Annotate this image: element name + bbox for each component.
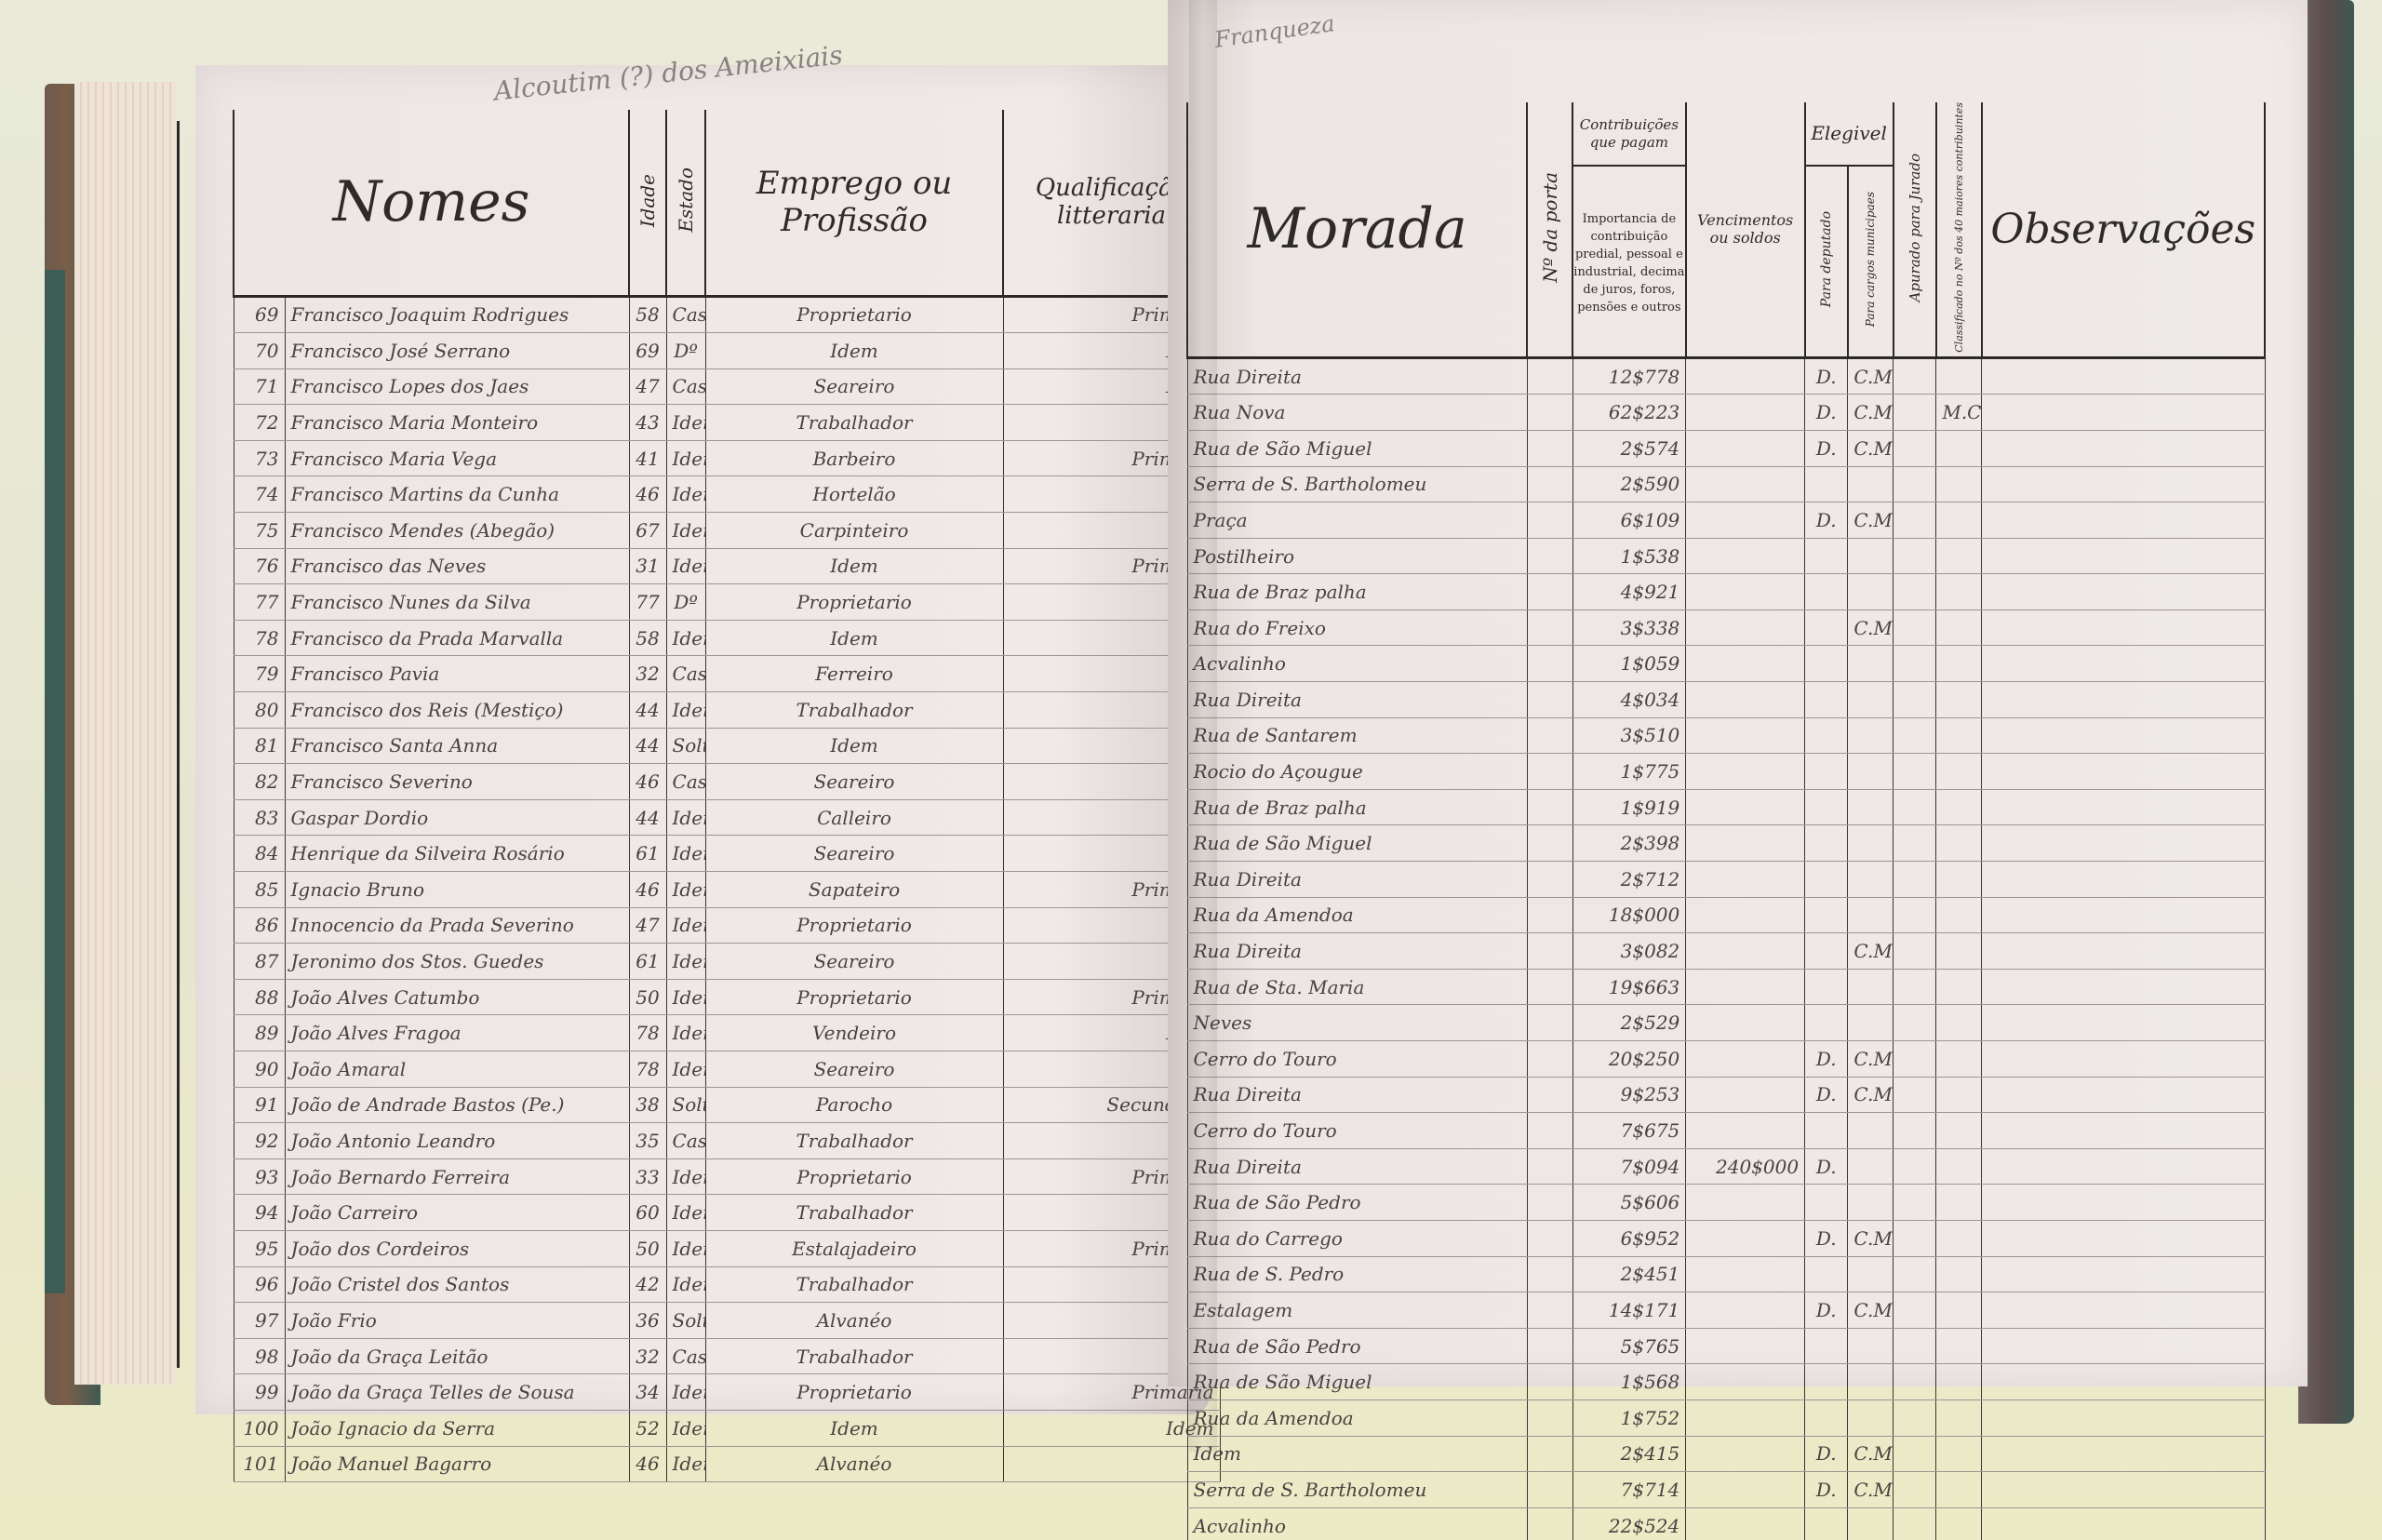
civil-status: Idem xyxy=(666,1374,705,1411)
eligible-municipal: C.M. xyxy=(1848,357,1894,395)
profession: Trabalhador xyxy=(705,1338,1003,1374)
civil-status: Casado xyxy=(666,656,705,692)
person-name: Francisco dos Reis (Mestiço) xyxy=(285,692,629,729)
person-name: Francisco Nunes da Silva xyxy=(285,584,629,621)
profession: Trabalhador xyxy=(705,405,1003,441)
page-edges-left xyxy=(74,82,177,1385)
age: 35 xyxy=(629,1123,666,1159)
contribution-amount: 4$921 xyxy=(1572,574,1686,610)
eligible-municipal: C.M. xyxy=(1848,395,1894,431)
observations xyxy=(1982,1256,2265,1292)
address: Rua de São Pedro xyxy=(1187,1328,1527,1364)
top-contributor xyxy=(1936,1113,1982,1149)
civil-status: Idem xyxy=(666,513,705,549)
address: Rua da Amendoa xyxy=(1187,897,1527,933)
juror xyxy=(1894,789,1936,825)
profession: Trabalhador xyxy=(705,1195,1003,1231)
door-number xyxy=(1527,897,1572,933)
address: Rua Direita xyxy=(1187,1148,1527,1185)
entry-number: 90 xyxy=(234,1051,285,1087)
eligible-deputy xyxy=(1805,538,1848,574)
top-contributor xyxy=(1936,717,1982,754)
register-row-right: Idem2$415D.C.M. xyxy=(1187,1436,2265,1472)
juror xyxy=(1894,1113,1936,1149)
age: 67 xyxy=(629,513,666,549)
salary xyxy=(1686,1399,1805,1436)
profession: Trabalhador xyxy=(705,1266,1003,1303)
juror xyxy=(1894,574,1936,610)
eligible-municipal xyxy=(1848,1507,1894,1540)
entry-number: 71 xyxy=(234,368,285,405)
juror xyxy=(1894,1328,1936,1364)
salary xyxy=(1686,1220,1805,1256)
person-name: João da Graça Telles de Sousa xyxy=(285,1374,629,1411)
contribution-amount: 22$524 xyxy=(1572,1507,1686,1540)
door-number xyxy=(1527,430,1572,466)
profession: Alvanéo xyxy=(705,1303,1003,1339)
register-row-right: Rua Direita2$712 xyxy=(1187,862,2265,898)
address: Serra de S. Bartholomeu xyxy=(1187,1472,1527,1508)
register-row-right: Rua de São Pedro5$606 xyxy=(1187,1185,2265,1221)
profession: Proprietario xyxy=(705,296,1003,333)
address: Rua do Freixo xyxy=(1187,609,1527,646)
contribution-amount: 2$398 xyxy=(1572,825,1686,862)
address: Rua da Amendoa xyxy=(1187,1399,1527,1436)
age: 52 xyxy=(629,1410,666,1446)
eligible-deputy xyxy=(1805,825,1848,862)
entry-number: 78 xyxy=(234,620,285,656)
civil-status: Idem xyxy=(666,1230,705,1266)
register-row-right: Rua de S. Pedro2$451 xyxy=(1187,1256,2265,1292)
eligible-deputy xyxy=(1805,969,1848,1005)
eligible-municipal xyxy=(1848,646,1894,682)
header-nomes: Nomes xyxy=(234,110,629,296)
door-number xyxy=(1527,1185,1572,1221)
register-row-right: Rua de São Miguel1$568 xyxy=(1187,1364,2265,1400)
register-row-right: Rua Direita3$082C.M. xyxy=(1187,933,2265,970)
observations xyxy=(1982,646,2265,682)
observations xyxy=(1982,502,2265,539)
juror xyxy=(1894,1220,1936,1256)
eligible-deputy xyxy=(1805,1005,1848,1041)
eligible-deputy: D. xyxy=(1805,430,1848,466)
right-page-note: Franqueza xyxy=(1213,10,1337,53)
address: Rua de Sta. Maria xyxy=(1187,969,1527,1005)
eligible-municipal xyxy=(1848,682,1894,718)
header-porta: Nº da porta xyxy=(1527,102,1572,357)
contribution-amount: 7$714 xyxy=(1572,1472,1686,1508)
observations xyxy=(1982,1399,2265,1436)
door-number xyxy=(1527,357,1572,395)
register-row-left: 96João Cristel dos Santos42IdemTrabalhad… xyxy=(234,1266,1220,1303)
entry-number: 81 xyxy=(234,728,285,764)
observations xyxy=(1982,357,2265,395)
door-number xyxy=(1527,646,1572,682)
juror xyxy=(1894,646,1936,682)
eligible-municipal: C.M. xyxy=(1848,609,1894,646)
contribution-amount: 1$538 xyxy=(1572,538,1686,574)
civil-status: Idem xyxy=(666,692,705,729)
entry-number: 82 xyxy=(234,764,285,800)
eligible-deputy xyxy=(1805,1399,1848,1436)
contribution-amount: 3$510 xyxy=(1572,717,1686,754)
eligible-municipal xyxy=(1848,1399,1894,1436)
register-row-left: 78Francisco da Prada Marvalla58IdemIdem xyxy=(234,620,1220,656)
juror xyxy=(1894,682,1936,718)
left-page-note: Alcoutim (?) dos Ameixiais xyxy=(492,39,844,106)
profession: Trabalhador xyxy=(705,1123,1003,1159)
eligible-deputy xyxy=(1805,1185,1848,1221)
profession: Seareiro xyxy=(705,764,1003,800)
juror xyxy=(1894,1148,1936,1185)
juror xyxy=(1894,717,1936,754)
observations xyxy=(1982,1041,2265,1078)
profession: Proprietario xyxy=(705,1158,1003,1195)
profession: Ferreiro xyxy=(705,656,1003,692)
top-contributor xyxy=(1936,430,1982,466)
top-contributor xyxy=(1936,754,1982,790)
civil-status: Casado xyxy=(666,368,705,405)
register-row-right: Rua de São Pedro5$765 xyxy=(1187,1328,2265,1364)
top-contributor xyxy=(1936,574,1982,610)
profession: Idem xyxy=(705,548,1003,584)
person-name: Francisco da Prada Marvalla xyxy=(285,620,629,656)
profession: Seareiro xyxy=(705,944,1003,980)
register-row-right: Rua de Santarem3$510 xyxy=(1187,717,2265,754)
entry-number: 95 xyxy=(234,1230,285,1266)
person-name: João Antonio Leandro xyxy=(285,1123,629,1159)
salary xyxy=(1686,1077,1805,1113)
address: Rua de São Miguel xyxy=(1187,825,1527,862)
age: 44 xyxy=(629,692,666,729)
age: 32 xyxy=(629,1338,666,1374)
contribution-amount: 9$253 xyxy=(1572,1077,1686,1113)
address: Rocio do Açougue xyxy=(1187,754,1527,790)
salary xyxy=(1686,1256,1805,1292)
juror xyxy=(1894,1436,1936,1472)
eligible-municipal xyxy=(1848,1005,1894,1041)
salary: 240$000 xyxy=(1686,1148,1805,1185)
eligible-deputy xyxy=(1805,1256,1848,1292)
eligible-municipal: C.M. xyxy=(1848,1436,1894,1472)
register-row-left: 79Francisco Pavia32CasadoFerreiro xyxy=(234,656,1220,692)
top-contributor xyxy=(1936,1436,1982,1472)
book-gutter xyxy=(1189,0,1217,1452)
eligible-municipal xyxy=(1848,897,1894,933)
entry-number: 77 xyxy=(234,584,285,621)
address: Rua Direita xyxy=(1187,862,1527,898)
register-row-left: 81Francisco Santa Anna44SolteiroIdem xyxy=(234,728,1220,764)
header-apurado-jurado: Apurado para Jurado xyxy=(1894,102,1936,357)
juror xyxy=(1894,1507,1936,1540)
age: 61 xyxy=(629,944,666,980)
door-number xyxy=(1527,1077,1572,1113)
entry-number: 99 xyxy=(234,1374,285,1411)
register-row-left: 99João da Graça Telles de Sousa34IdemPro… xyxy=(234,1374,1220,1411)
person-name: João Ignacio da Serra xyxy=(285,1410,629,1446)
observations xyxy=(1982,825,2265,862)
address: Cerro do Touro xyxy=(1187,1113,1527,1149)
door-number xyxy=(1527,682,1572,718)
contribution-amount: 1$919 xyxy=(1572,789,1686,825)
address: Rua de São Pedro xyxy=(1187,1185,1527,1221)
juror xyxy=(1894,969,1936,1005)
register-row-left: 85Ignacio Bruno46IdemSapateiroPrimaria xyxy=(234,872,1220,908)
salary xyxy=(1686,969,1805,1005)
contribution-amount: 6$952 xyxy=(1572,1220,1686,1256)
age: 38 xyxy=(629,1087,666,1123)
register-row-right: Cerro do Touro7$675 xyxy=(1187,1113,2265,1149)
right-page: Franqueza 11 Morada Nº da porta Contribu… xyxy=(1168,0,2308,1386)
eligible-deputy xyxy=(1805,862,1848,898)
juror xyxy=(1894,609,1936,646)
door-number xyxy=(1527,1507,1572,1540)
salary xyxy=(1686,1328,1805,1364)
top-contributor xyxy=(1936,933,1982,970)
salary xyxy=(1686,682,1805,718)
entry-number: 88 xyxy=(234,979,285,1015)
register-row-right: Estalagem14$171D.C.M. xyxy=(1187,1292,2265,1329)
entry-number: 73 xyxy=(234,440,285,476)
entry-number: 91 xyxy=(234,1087,285,1123)
entry-number: 89 xyxy=(234,1015,285,1051)
person-name: Ignacio Bruno xyxy=(285,872,629,908)
contribution-amount: 3$338 xyxy=(1572,609,1686,646)
address: Rua do Carrego xyxy=(1187,1220,1527,1256)
person-name: Gaspar Dordio xyxy=(285,799,629,836)
eligible-deputy xyxy=(1805,574,1848,610)
age: 43 xyxy=(629,405,666,441)
register-row-left: 100João Ignacio da Serra52IdemIdemIdem xyxy=(234,1410,1220,1446)
register-row-left: 88João Alves Catumbo50IdemProprietarioPr… xyxy=(234,979,1220,1015)
civil-status: Idem xyxy=(666,1158,705,1195)
contribution-amount: 2$451 xyxy=(1572,1256,1686,1292)
juror xyxy=(1894,1472,1936,1508)
observations xyxy=(1982,538,2265,574)
door-number xyxy=(1527,502,1572,539)
top-contributor xyxy=(1936,538,1982,574)
header-contribuicoes: Contribuições que pagam xyxy=(1572,102,1686,166)
salary xyxy=(1686,1436,1805,1472)
register-row-left: 101João Manuel Bagarro46IdemAlvanéo xyxy=(234,1446,1220,1482)
observations xyxy=(1982,1113,2265,1149)
contribution-amount: 1$775 xyxy=(1572,754,1686,790)
age: 31 xyxy=(629,548,666,584)
left-outer-rule xyxy=(177,121,189,1368)
eligible-municipal xyxy=(1848,789,1894,825)
salary xyxy=(1686,897,1805,933)
eligible-deputy: D. xyxy=(1805,1220,1848,1256)
entry-number: 100 xyxy=(234,1410,285,1446)
address: Rua de São Miguel xyxy=(1187,430,1527,466)
age: 46 xyxy=(629,872,666,908)
civil-status: Dº xyxy=(666,584,705,621)
register-row-right: Cerro do Touro20$250D.C.M. xyxy=(1187,1041,2265,1078)
civil-status: Solteiro xyxy=(666,728,705,764)
entry-number: 86 xyxy=(234,907,285,944)
contribution-amount: 7$094 xyxy=(1572,1148,1686,1185)
civil-status: Idem xyxy=(666,405,705,441)
eligible-deputy: D. xyxy=(1805,395,1848,431)
contribution-amount: 19$663 xyxy=(1572,969,1686,1005)
salary xyxy=(1686,789,1805,825)
salary xyxy=(1686,1292,1805,1329)
person-name: Francisco Maria Monteiro xyxy=(285,405,629,441)
person-name: Francisco Pavia xyxy=(285,656,629,692)
observations xyxy=(1982,682,2265,718)
age: 78 xyxy=(629,1051,666,1087)
profession: Alvanéo xyxy=(705,1446,1003,1482)
profession: Idem xyxy=(705,333,1003,369)
civil-status: Idem xyxy=(666,907,705,944)
top-contributor xyxy=(1936,1148,1982,1185)
profession: Idem xyxy=(705,620,1003,656)
header-estado: Estado xyxy=(666,110,705,296)
register-row-left: 74Francisco Martins da Cunha46IdemHortel… xyxy=(234,476,1220,513)
person-name: João Frio xyxy=(285,1303,629,1339)
door-number xyxy=(1527,969,1572,1005)
civil-status: Idem xyxy=(666,1446,705,1482)
address: Idem xyxy=(1187,1436,1527,1472)
register-row-left: 94João Carreiro60IdemTrabalhador xyxy=(234,1195,1220,1231)
header-contribuicoes-sub: Importancia de contribuição predial, pes… xyxy=(1572,166,1686,357)
address: Neves xyxy=(1187,1005,1527,1041)
top-contributor xyxy=(1936,1507,1982,1540)
juror xyxy=(1894,430,1936,466)
salary xyxy=(1686,646,1805,682)
age: 50 xyxy=(629,1230,666,1266)
register-row-right: Rua Direita9$253D.C.M. xyxy=(1187,1077,2265,1113)
eligible-deputy: D. xyxy=(1805,357,1848,395)
entry-number: 101 xyxy=(234,1446,285,1482)
eligible-deputy xyxy=(1805,1328,1848,1364)
eligible-deputy: D. xyxy=(1805,502,1848,539)
juror xyxy=(1894,502,1936,539)
register-row-left: 92João Antonio Leandro35CasadoTrabalhado… xyxy=(234,1123,1220,1159)
top-contributor xyxy=(1936,357,1982,395)
door-number xyxy=(1527,1005,1572,1041)
entry-number: 85 xyxy=(234,872,285,908)
register-row-right: Rua Nova62$223D.C.M.M.C. xyxy=(1187,395,2265,431)
header-para-deputado: Para deputado xyxy=(1805,166,1848,357)
entry-number: 70 xyxy=(234,333,285,369)
contribution-amount: 62$223 xyxy=(1572,395,1686,431)
eligible-municipal xyxy=(1848,1364,1894,1400)
contribution-amount: 2$590 xyxy=(1572,466,1686,502)
door-number xyxy=(1527,1399,1572,1436)
entry-number: 97 xyxy=(234,1303,285,1339)
register-row-right: Rua Direita7$094240$000D. xyxy=(1187,1148,2265,1185)
civil-status: Idem xyxy=(666,799,705,836)
contribution-amount: 2$574 xyxy=(1572,430,1686,466)
door-number xyxy=(1527,862,1572,898)
address: Rua Direita xyxy=(1187,933,1527,970)
register-row-right: Neves2$529 xyxy=(1187,1005,2265,1041)
salary xyxy=(1686,862,1805,898)
juror xyxy=(1894,1077,1936,1113)
contribution-amount: 18$000 xyxy=(1572,897,1686,933)
door-number xyxy=(1527,1328,1572,1364)
salary xyxy=(1686,538,1805,574)
eligible-deputy xyxy=(1805,646,1848,682)
civil-status: Idem xyxy=(666,979,705,1015)
top-contributor xyxy=(1936,897,1982,933)
juror xyxy=(1894,1292,1936,1329)
door-number xyxy=(1527,574,1572,610)
civil-status: Idem xyxy=(666,1266,705,1303)
observations xyxy=(1982,430,2265,466)
contribution-amount: 1$752 xyxy=(1572,1399,1686,1436)
eligible-deputy xyxy=(1805,897,1848,933)
age: 41 xyxy=(629,440,666,476)
juror xyxy=(1894,538,1936,574)
observations xyxy=(1982,897,2265,933)
eligible-municipal xyxy=(1848,825,1894,862)
header-para-cargos: Para cargos municipaes xyxy=(1848,166,1894,357)
top-contributor xyxy=(1936,1328,1982,1364)
salary xyxy=(1686,395,1805,431)
register-row-right: Rocio do Açougue1$775 xyxy=(1187,754,2265,790)
person-name: Francisco Martins da Cunha xyxy=(285,476,629,513)
salary xyxy=(1686,1472,1805,1508)
register-row-left: 87Jeronimo dos Stos. Guedes61IdemSeareir… xyxy=(234,944,1220,980)
top-contributor xyxy=(1936,502,1982,539)
register-row-left: 82Francisco Severino46CasadoSeareiro xyxy=(234,764,1220,800)
eligible-municipal xyxy=(1848,717,1894,754)
juror xyxy=(1894,1364,1936,1400)
register-row-left: 97João Frio36SolteiroAlvanéo xyxy=(234,1303,1220,1339)
salary xyxy=(1686,717,1805,754)
top-contributor xyxy=(1936,1292,1982,1329)
top-contributor xyxy=(1936,1364,1982,1400)
observations xyxy=(1982,754,2265,790)
civil-status: Solteiro xyxy=(666,1303,705,1339)
top-contributor xyxy=(1936,969,1982,1005)
profession: Proprietario xyxy=(705,979,1003,1015)
age: 58 xyxy=(629,620,666,656)
person-name: João de Andrade Bastos (Pe.) xyxy=(285,1087,629,1123)
register-row-left: 93João Bernardo Ferreira33IdemProprietar… xyxy=(234,1158,1220,1195)
top-contributor xyxy=(1936,682,1982,718)
header-observacoes: Observações xyxy=(1982,102,2265,357)
civil-status: Casado xyxy=(666,1123,705,1159)
header-classificado: Classificado no Nº dos 40 maiores contri… xyxy=(1936,102,1982,357)
door-number xyxy=(1527,1148,1572,1185)
contribution-amount: 3$082 xyxy=(1572,933,1686,970)
juror xyxy=(1894,357,1936,395)
register-row-left: 75Francisco Mendes (Abegão)67IdemCarpint… xyxy=(234,513,1220,549)
salary xyxy=(1686,1005,1805,1041)
eligible-municipal xyxy=(1848,1148,1894,1185)
juror xyxy=(1894,933,1936,970)
top-contributor xyxy=(1936,1220,1982,1256)
address: Acvalinho xyxy=(1187,1507,1527,1540)
register-row-left: 73Francisco Maria Vega41IdemBarbeiroPrim… xyxy=(234,440,1220,476)
person-name: Jeronimo dos Stos. Guedes xyxy=(285,944,629,980)
address: Praça xyxy=(1187,502,1527,539)
person-name: João Amaral xyxy=(285,1051,629,1087)
age: 50 xyxy=(629,979,666,1015)
eligible-deputy xyxy=(1805,1507,1848,1540)
top-contributor xyxy=(1936,1005,1982,1041)
salary xyxy=(1686,609,1805,646)
eligible-municipal: C.M. xyxy=(1848,1220,1894,1256)
person-name: João dos Cordeiros xyxy=(285,1230,629,1266)
top-contributor xyxy=(1936,1185,1982,1221)
header-morada: Morada xyxy=(1187,102,1527,357)
eligible-municipal xyxy=(1848,466,1894,502)
age: 77 xyxy=(629,584,666,621)
